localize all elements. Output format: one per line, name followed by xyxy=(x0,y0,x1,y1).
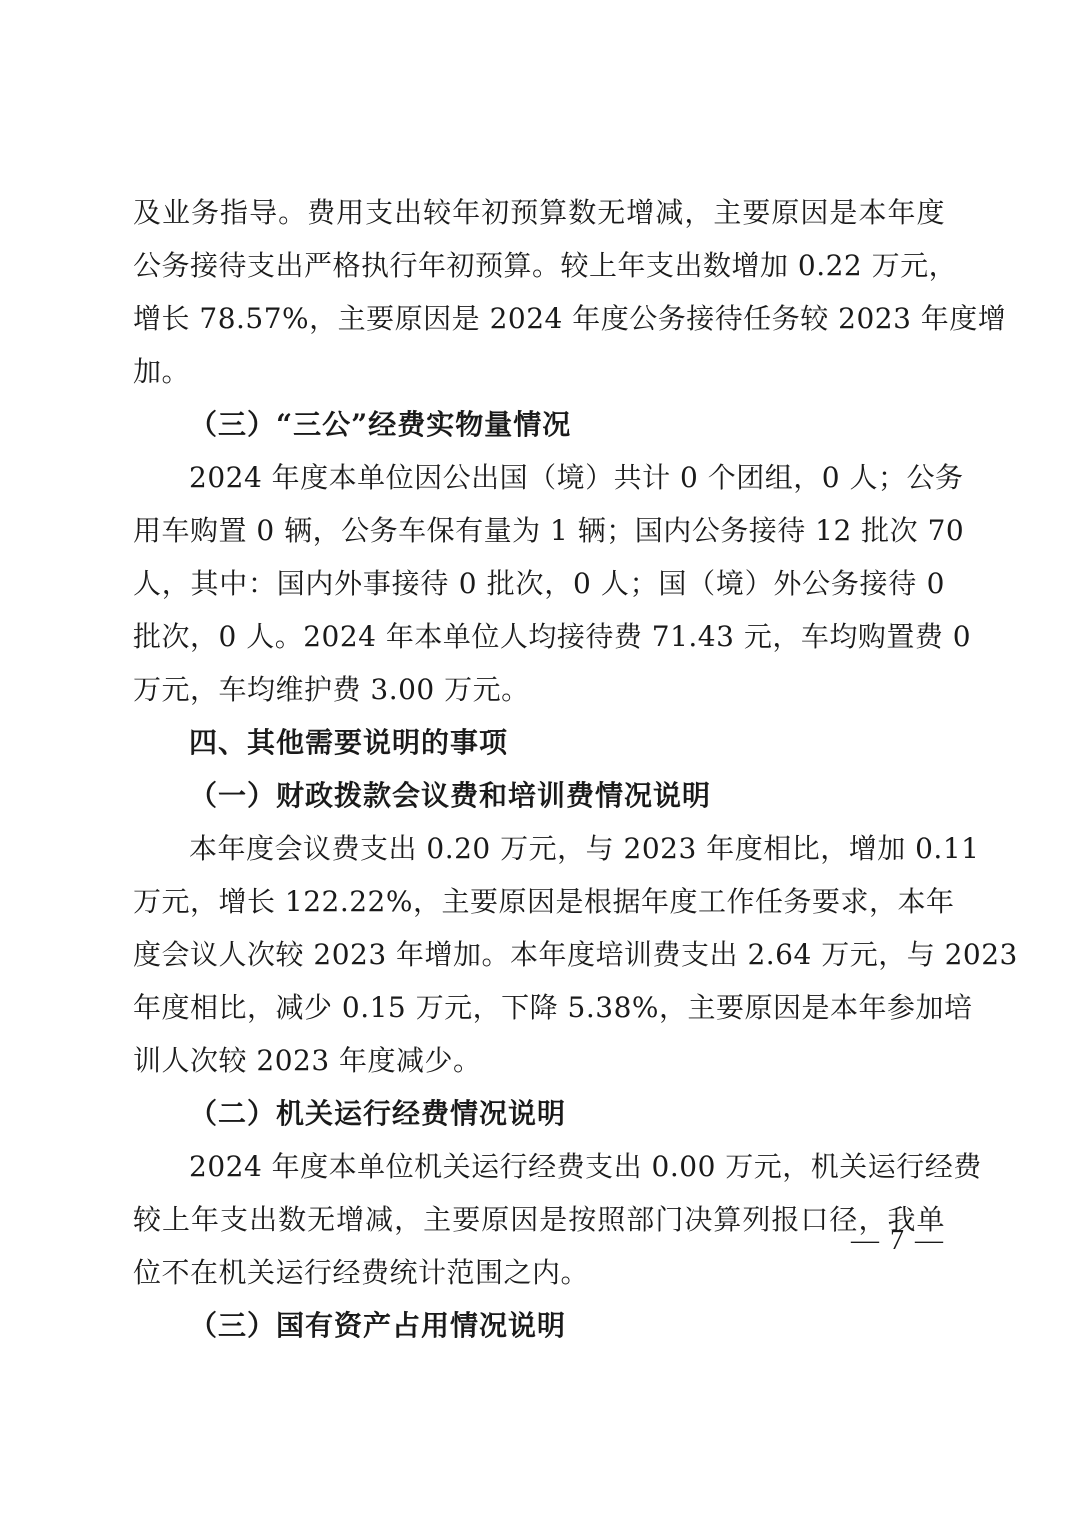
page-number: — 7 — xyxy=(851,1225,945,1257)
text-line: 用车购置 0 辆，公务车保有量为 1 辆；国内公务接待 12 批次 70 xyxy=(133,504,945,557)
text-line: 万元，增长 122.22%，主要原因是根据年度工作任务要求，本年 xyxy=(133,875,945,928)
text-line: 加。 xyxy=(133,345,945,398)
section-heading-three-public-physical: （三）“三公”经费实物量情况 xyxy=(133,398,945,451)
text-line: 度会议人次较 2023 年增加。本年度培训费支出 2.64 万元，与 2023 xyxy=(133,928,945,981)
text-line: 2024 年度本单位因公出国（境）共计 0 个团组，0 人；公务 xyxy=(133,451,945,504)
section-heading-other-matters: 四、其他需要说明的事项 xyxy=(133,716,945,769)
section-heading-operating-expenses: （二）机关运行经费情况说明 xyxy=(133,1087,945,1140)
text-line: 增长 78.57%，主要原因是 2024 年度公务接待任务较 2023 年度增 xyxy=(133,292,945,345)
paragraph-operating-expenses: 2024 年度本单位机关运行经费支出 0.00 万元，机关运行经费 较上年支出数… xyxy=(133,1140,945,1299)
document-page: 及业务指导。费用支出较年初预算数无增减，主要原因是本年度 公务接待支出严格执行年… xyxy=(133,186,945,1352)
section-heading-state-assets: （三）国有资产占用情况说明 xyxy=(133,1299,945,1352)
text-line: 公务接待支出严格执行年初预算。较上年支出数增加 0.22 万元， xyxy=(133,239,945,292)
text-line: 人，其中：国内外事接待 0 批次，0 人；国（境）外公务接待 0 xyxy=(133,557,945,610)
paragraph-meeting-training-fees: 本年度会议费支出 0.20 万元，与 2023 年度相比，增加 0.11 万元，… xyxy=(133,822,945,1087)
text-line: 较上年支出数无增减，主要原因是按照部门决算列报口径，我单 xyxy=(133,1193,945,1246)
text-line: 及业务指导。费用支出较年初预算数无增减，主要原因是本年度 xyxy=(133,186,945,239)
paragraph-hospitality-continuation: 及业务指导。费用支出较年初预算数无增减，主要原因是本年度 公务接待支出严格执行年… xyxy=(133,186,945,398)
text-line: 年度相比，减少 0.15 万元，下降 5.38%，主要原因是本年参加培 xyxy=(133,981,945,1034)
text-line: 批次，0 人。2024 年本单位人均接待费 71.43 元，车均购置费 0 xyxy=(133,610,945,663)
text-line: 位不在机关运行经费统计范围之内。 xyxy=(133,1246,945,1299)
paragraph-three-public-physical: 2024 年度本单位因公出国（境）共计 0 个团组，0 人；公务 用车购置 0 … xyxy=(133,451,945,716)
section-heading-meeting-training-fees: （一）财政拨款会议费和培训费情况说明 xyxy=(133,769,945,822)
text-line: 训人次较 2023 年度减少。 xyxy=(133,1034,945,1087)
text-line: 2024 年度本单位机关运行经费支出 0.00 万元，机关运行经费 xyxy=(133,1140,945,1193)
text-line: 本年度会议费支出 0.20 万元，与 2023 年度相比，增加 0.11 xyxy=(133,822,945,875)
text-line: 万元，车均维护费 3.00 万元。 xyxy=(133,663,945,716)
